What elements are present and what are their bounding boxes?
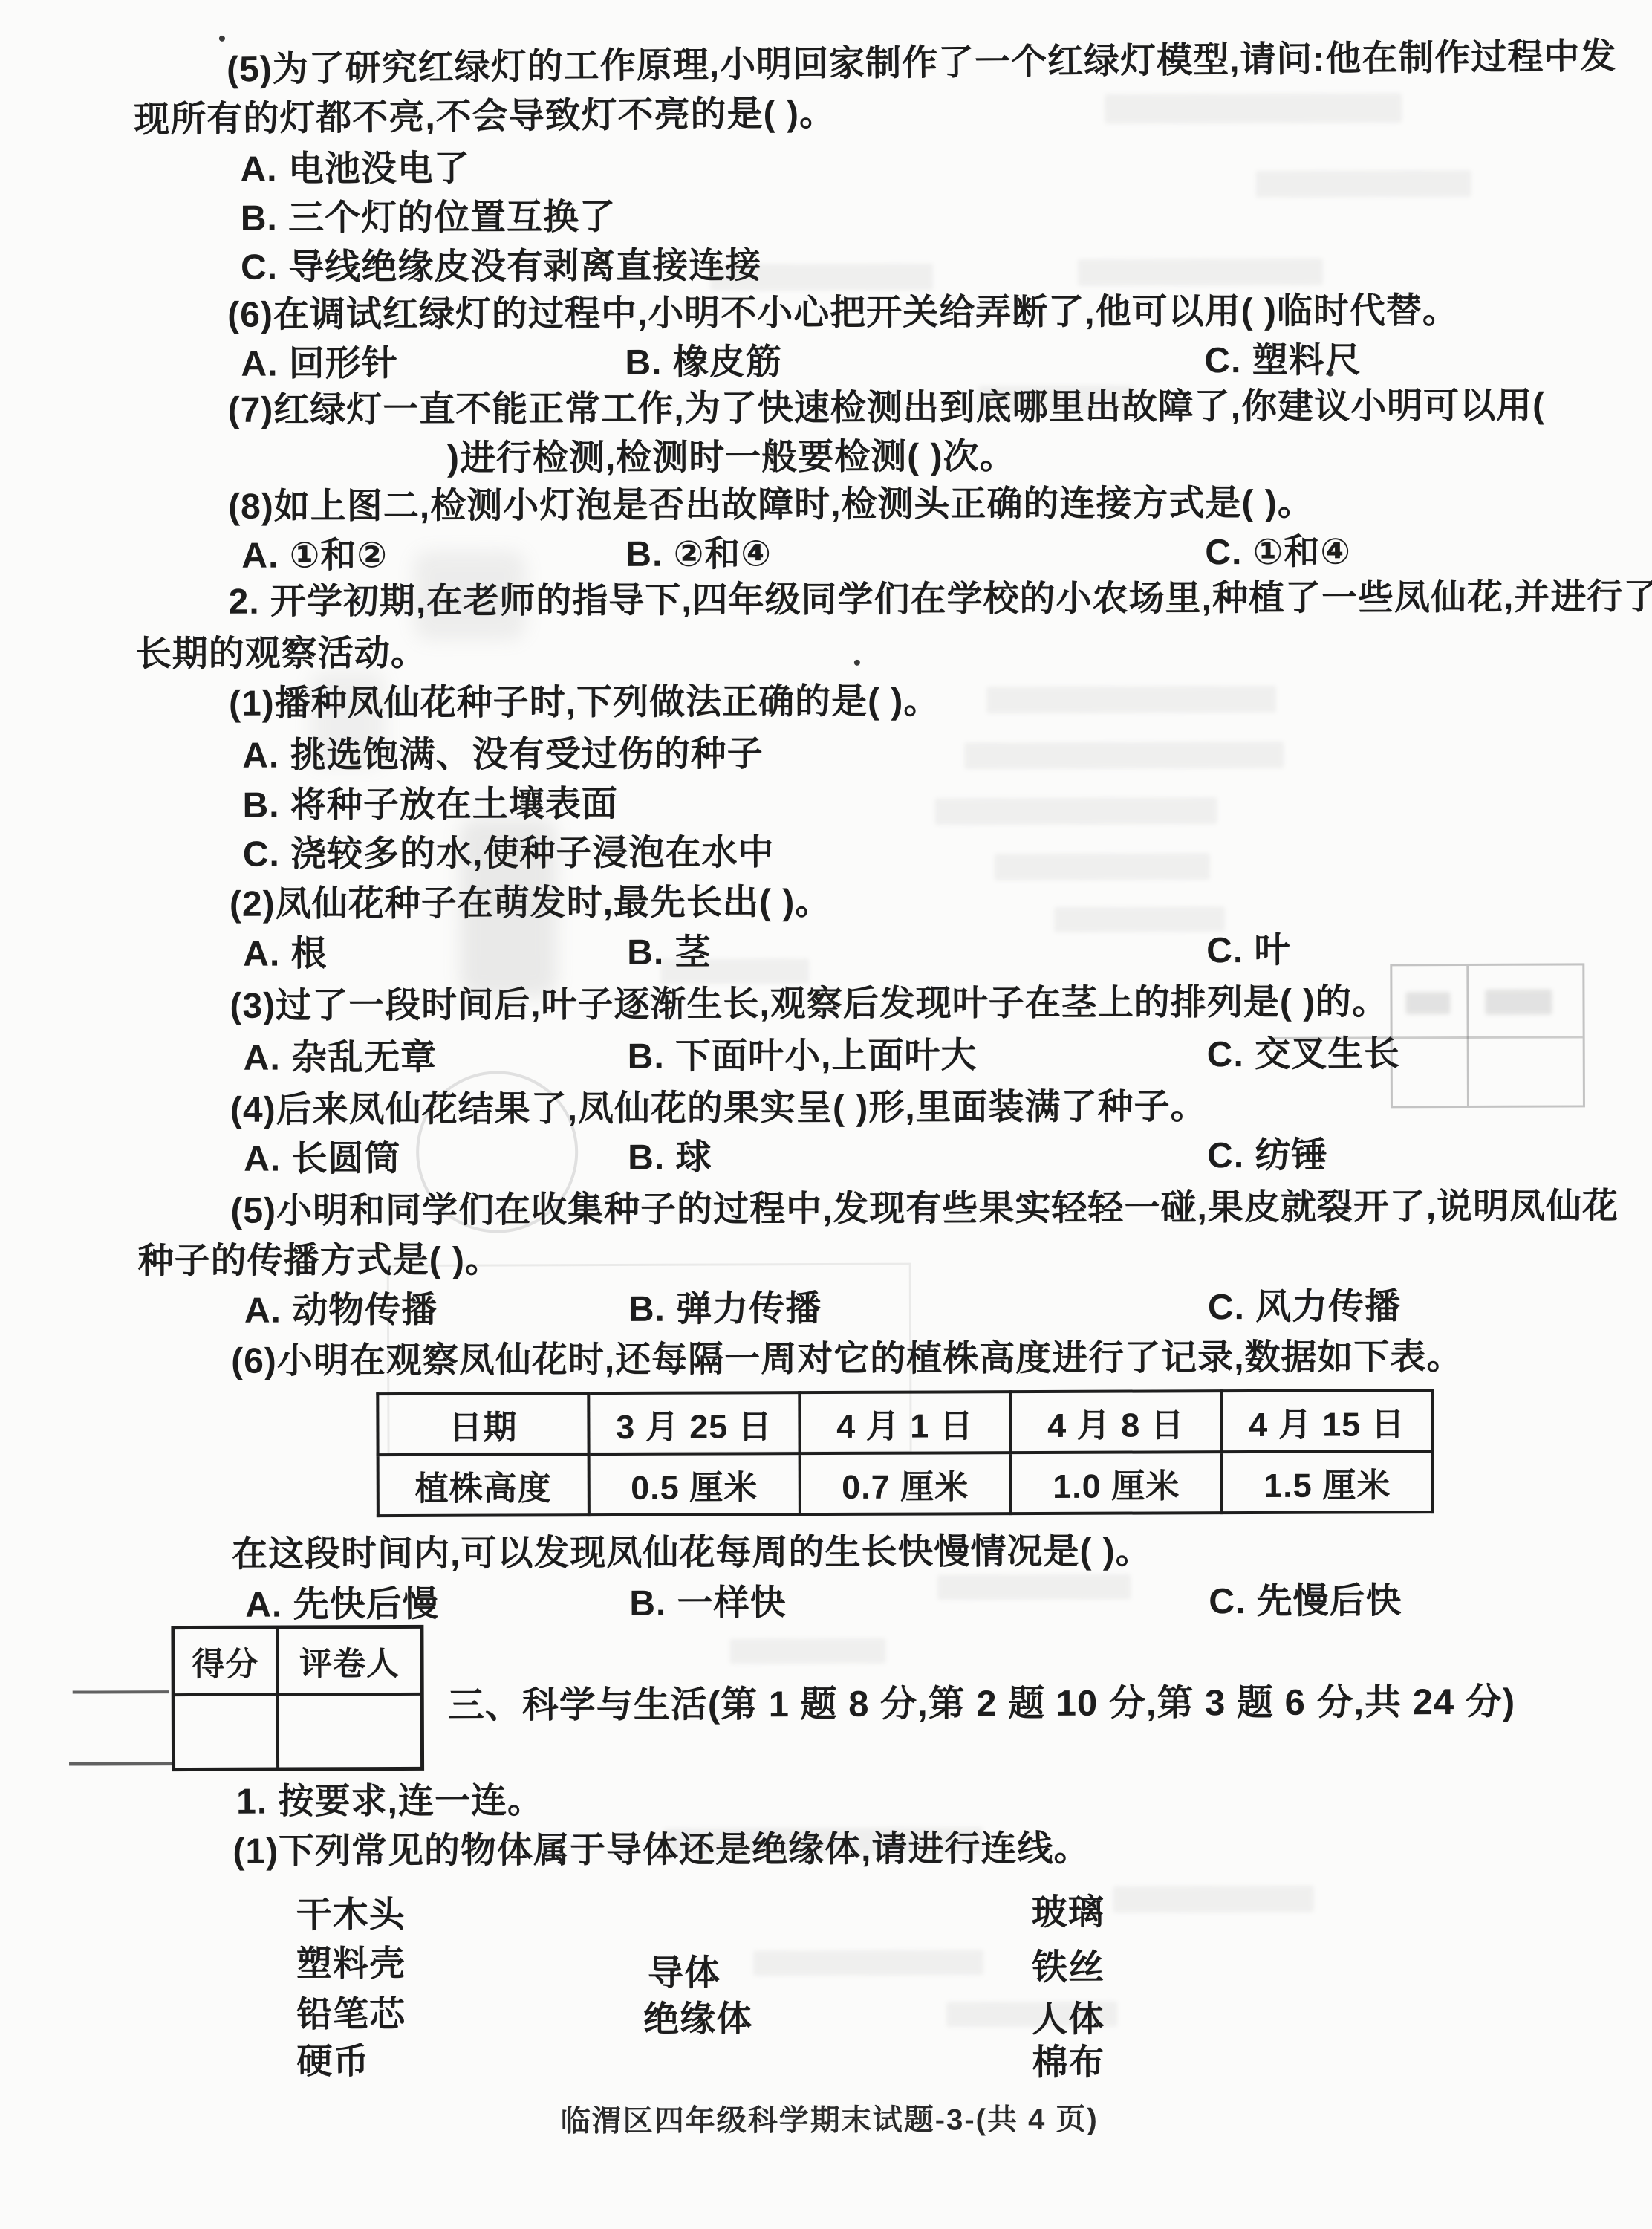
table-row: 植株高度 0.5 厘米 0.7 厘米 1.0 厘米 1.5 厘米 [378,1451,1433,1516]
q1-sub7-stem-line2: )进行检测,检测时一般要检测( )次。 [447,436,1016,479]
exam-paper-page: (5)为了研究红绿灯的工作原理,小明回家制作了一个红绿灯模型,请问:他在制作过程… [0,0,1652,2229]
q1-sub5-stem-line2: 现所有的灯都不亮,不会导致灯不亮的是( )。 [134,93,836,140]
q1-sub5-stem-line1: (5)为了研究红绿灯的工作原理,小明回家制作了一个红绿灯模型,请问:他在制作过程… [227,36,1617,91]
q2-sub6-option-c: C. 先慢后快 [1209,1580,1402,1622]
q2-sub3-option-c: C. 交叉生长 [1207,1034,1401,1075]
q2-sub5-option-c: C. 风力传播 [1208,1286,1402,1328]
match-right-item-glass: 玻璃 [1032,1892,1105,1934]
table-cell-date-1: 3 月 25 日 [588,1392,799,1454]
table-cell-height-4: 1.5 厘米 [1222,1451,1433,1513]
bleed-artifact [753,1950,983,1976]
bleed-artifact [1113,1886,1314,1913]
q1-sub7-stem-line1: (7)红绿灯一直不能正常工作,为了快速检测出到底哪里出故障了,你建议小明可以用( [228,386,1546,431]
part3-q1-sub1: (1)下列常见的物体属于导体还是绝缘体,请进行连线。 [232,1829,1090,1872]
ink-speck [854,660,860,666]
match-right-item-wire: 铁丝 [1032,1947,1105,1989]
bleed-artifact [1054,906,1225,932]
grader-value-cell [279,1696,420,1768]
match-category-conductor: 导体 [648,1953,721,1995]
q1-sub5-option-c: C. 导线绝缘皮没有剥离直接连接 [241,245,762,288]
bleed-artifact [729,1638,885,1664]
q2-sub5-option-a: A. 动物传播 [244,1290,438,1331]
q2-sub1-option-a: A. 挑选饱满、没有受过伤的种子 [242,733,764,776]
section3-title: 三、科学与生活(第 1 题 8 分,第 2 题 10 分,第 3 题 6 分,共… [448,1681,1516,1727]
q2-sub5-option-b: B. 弹力传播 [628,1288,822,1330]
page-footer: 临渭区四年级科学期末试题-3-(共 4 页) [4,2094,1652,2142]
q1-sub6-option-a: A. 回形针 [241,343,398,385]
bleed-artifact [995,853,1210,880]
bleed-artifact [1405,992,1450,1014]
q1-sub5-option-b: B. 三个灯的位置互换了 [241,197,617,239]
q1-sub8-option-b: B. ②和④ [625,533,772,575]
bleed-artifact [1485,990,1552,1015]
table-cell-height-2: 0.7 厘米 [800,1453,1011,1514]
q2-sub6-stem: (6)小明在观察凤仙花时,还每隔一周对它的植株高度进行了记录,数据如下表。 [231,1337,1463,1382]
match-right-item-body: 人体 [1032,1999,1105,2041]
table-cell-date-4: 4 月 15 日 [1221,1390,1432,1452]
growth-record-table: 日期 3 月 25 日 4 月 1 日 4 月 8 日 4 月 15 日 植株高… [376,1389,1434,1517]
q1-sub6-stem: (6)在调试红绿灯的过程中,小明不小心把开关给弄断了,他可以用( )临时代替。 [227,291,1459,336]
q1-sub6-option-c: C. 塑料尺 [1204,340,1362,381]
q2-sub5-stem-line1: (5)小明和同学们在收集种子的过程中,发现有些果实轻轻一碰,果皮就裂开了,说明凤… [230,1186,1619,1232]
q2-sub4-option-a: A. 长圆筒 [244,1138,401,1180]
q2-sub1-option-b: B. 将种子放在土壤表面 [242,784,618,826]
table-cell-height-1: 0.5 厘米 [589,1453,800,1515]
ink-speck [219,36,225,42]
bleed-artifact [964,742,1284,770]
q2-sub5-stem-line2: 种子的传播方式是( )。 [138,1240,502,1282]
q2-sub2-option-a: A. 根 [243,933,328,975]
q1-sub5-option-a: A. 电池没电了 [240,149,470,190]
table-row: 日期 3 月 25 日 4 月 1 日 4 月 8 日 4 月 15 日 [377,1390,1432,1455]
q1-sub8-option-c: C. ①和④ [1205,532,1351,574]
match-left-item-coin: 硬币 [296,2041,369,2083]
grader-label: 评卷人 [279,1629,420,1696]
bleed-artifact [1256,170,1471,198]
score-box: 得分 评卷人 [171,1625,424,1771]
q2-sub3-stem: (3)过了一段时间后,叶子逐渐生长,观察后发现叶子在茎上的排列是( )的。 [230,982,1388,1027]
q2-sub6-option-a: A. 先快后慢 [245,1584,439,1626]
ghost-table-divider [1466,966,1469,1106]
score-value-cell [175,1696,279,1768]
q2-sub3-option-a: A. 杂乱无章 [244,1037,438,1079]
bleed-artifact [986,686,1276,713]
bleed-artifact [935,797,1217,825]
table-cell-height-label: 植株高度 [378,1454,589,1516]
q1-sub8-option-a: A. ①和② [241,535,388,577]
match-left-item-wood: 干木头 [296,1895,406,1936]
q2-sub1-option-c: C. 浇较多的水,使种子浸泡在水中 [243,832,775,875]
table-cell-height-3: 1.0 厘米 [1011,1452,1222,1513]
q2-sub3-option-b: B. 下面叶小,上面叶大 [628,1035,978,1077]
q2-sub6-option-b: B. 一样快 [629,1583,787,1624]
table-cell-date-label: 日期 [377,1393,588,1455]
scan-line-artifact [69,1762,173,1765]
q2-intro-line1: 2. 开学初期,在老师的指导下,四年级同学们在学校的小农场里,种植了一些凤仙花,… [228,577,1652,623]
scan-line-artifact [73,1690,169,1693]
q2-intro-line2: 长期的观察活动。 [136,633,427,675]
bleed-artifact [937,1574,1131,1600]
part3-q1: 1. 按要求,连一连。 [236,1780,544,1823]
table-cell-date-2: 4 月 1 日 [799,1392,1010,1453]
match-category-insulator: 绝缘体 [643,1999,752,2040]
table-cell-date-3: 4 月 8 日 [1010,1391,1221,1453]
q2-sub6-followup: 在这段时间内,可以发现凤仙花每周的生长快慢情况是( )。 [232,1531,1152,1575]
match-left-item-plastic: 塑料壳 [296,1944,406,1985]
q2-sub4-option-b: B. 球 [628,1138,712,1179]
q1-sub8-stem: (8)如上图二,检测小灯泡是否出故障时,检测头正确的连接方式是( )。 [228,483,1314,528]
ghost-table-artifact [1390,963,1585,1108]
score-label: 得分 [175,1629,279,1696]
q1-sub6-option-b: B. 橡皮筋 [625,342,782,383]
bleed-artifact [1078,259,1323,286]
q2-sub4-stem: (4)后来凤仙花结果了,凤仙花的果实呈( )形,里面装满了种子。 [230,1086,1207,1131]
match-left-item-lead: 铅笔芯 [296,1994,406,2036]
q2-sub2-option-c: C. 叶 [1206,930,1291,972]
page-content: (5)为了研究红绿灯的工作原理,小明回家制作了一个红绿灯模型,请问:他在制作过程… [0,0,1652,2229]
match-right-item-cotton: 棉布 [1032,2043,1105,2084]
q2-sub4-option-c: C. 纺锤 [1207,1135,1328,1177]
bleed-artifact [1105,93,1402,123]
q2-sub2-option-b: B. 茎 [627,932,712,974]
q2-sub2-stem: (2)凤仙花种子在萌发时,最先长出( )。 [230,882,832,925]
q2-sub1-stem: (1)播种凤仙花种子时,下列做法正确的是( )。 [229,681,940,724]
